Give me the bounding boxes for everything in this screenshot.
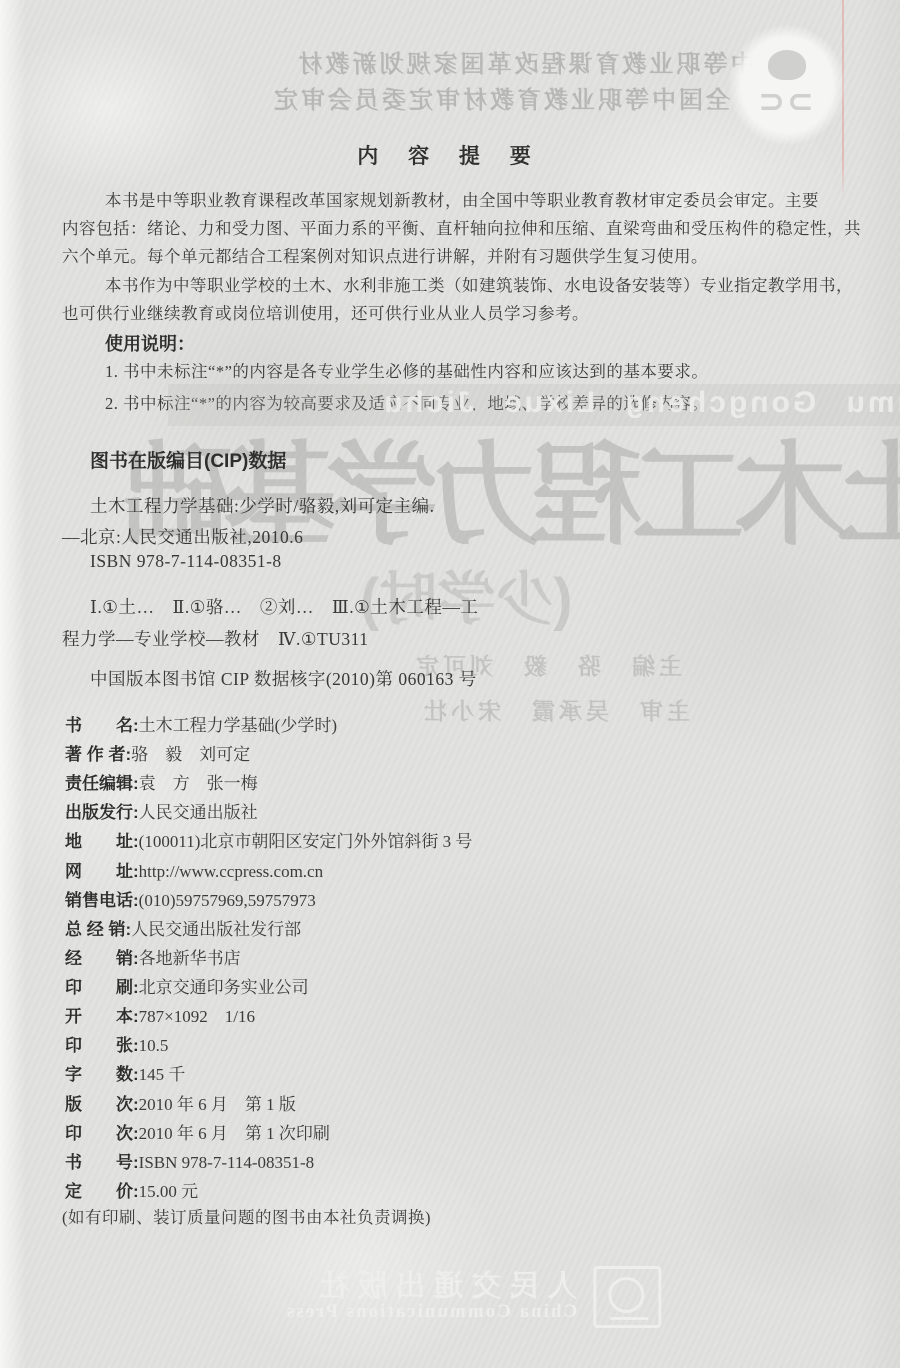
colophon-value: 骆 毅 刘可定 — [131, 745, 250, 764]
publisher-logo-bar — [610, 1317, 648, 1320]
colophon-label: 网 址: — [65, 862, 139, 881]
publisher-watermark-text: 人民交通出版社 China Communications Press — [285, 1272, 577, 1323]
colophon-value: (100011)北京市朝阳区安定门外外馆斜街 3 号 — [139, 832, 473, 851]
colophon-value: 2010 年 6 月 第 1 次印刷 — [139, 1124, 330, 1143]
colophon-row: 开 本:787×1092 1/16 — [65, 1002, 255, 1027]
summary-heading: 内 容 提 要 — [0, 140, 900, 170]
bleed-pinyin-text: Tumu Gongcheng Lixue Jichu — [175, 386, 900, 420]
cip-line: —北京:人民交通出版社,2010.6 — [62, 524, 303, 549]
colophon-row: 书 号:ISBN 978-7-114-08351-8 — [65, 1148, 314, 1173]
publisher-name-cn: 人民交通出版社 — [285, 1272, 577, 1302]
summary-line: 本书作为中等职业学校的土木、水利非施工类（如建筑装饰、水电设备安装等）专业指定教… — [105, 272, 853, 296]
colophon-row: 地 址:(100011)北京市朝阳区安定门外外馆斜街 3 号 — [65, 827, 472, 852]
colophon-label: 印 次: — [65, 1124, 139, 1143]
colophon-value: 人民交通出版社发行部 — [131, 920, 301, 939]
colophon-row: 著 作 者:骆 毅 刘可定 — [65, 740, 250, 765]
cip-class-line: 程力学—专业学校—教材 Ⅳ.①TU311 — [62, 626, 368, 651]
colophon-value: 787×1092 1/16 — [139, 1007, 255, 1026]
colophon-value: http://www.ccpress.com.cn — [139, 862, 323, 881]
colophon-value: 2010 年 6 月 第 1 版 — [139, 1095, 296, 1114]
colophon-note: (如有印刷、装订质量问题的图书由本社负责调换) — [62, 1204, 431, 1228]
colophon-row: 网 址:http://www.ccpress.com.cn — [65, 857, 323, 882]
page-left-edge — [0, 0, 26, 1368]
colophon-value: 北京交通印务实业公司 — [139, 978, 309, 997]
summary-line: 也可供行业继续教育或岗位培训使用，还可供行业从业人员学习参考。 — [62, 300, 589, 324]
summary-line: 本书是中等职业教育课程改革国家规划新教材，由全国中等职业教育教材审定委员会审定。… — [105, 187, 819, 211]
colophon-label: 字 数: — [65, 1065, 139, 1084]
publisher-name-en: China Communications Press — [285, 1302, 577, 1323]
colophon-row: 责任编辑:袁 方 张一梅 — [65, 769, 258, 794]
summary-line: 内容包括：绪论、力和受力图、平面力系的平衡、直杆轴向拉伸和压缩、直梁弯曲和受压构… — [62, 215, 861, 239]
publisher-logo-circle-icon — [608, 1277, 644, 1313]
bleed-top-line: 全国中等职业教育教材审定委员会审定 — [300, 80, 730, 115]
colophon-value: 15.00 元 — [139, 1182, 199, 1201]
colophon-row: 总 经 销:人民交通出版社发行部 — [65, 915, 301, 940]
logo-bracket-shapes: ⊃⊂ — [728, 82, 846, 120]
colophon-label: 销售电话: — [65, 891, 139, 910]
colophon-label: 经 销: — [65, 949, 139, 968]
colophon-value: ISBN 978-7-114-08351-8 — [139, 1153, 315, 1172]
colophon-label: 版 次: — [65, 1095, 139, 1114]
colophon-label: 出版发行: — [65, 803, 139, 822]
colophon-label: 著 作 者: — [65, 745, 131, 764]
colophon-row: 书 名:土木工程力学基础(少学时) — [65, 711, 337, 736]
colophon-label: 书 名: — [65, 716, 139, 735]
colophon-label: 印 张: — [65, 1036, 139, 1055]
publisher-logo-icon — [593, 1266, 661, 1328]
summary-line: 六个单元。每个单元都结合工程案例对知识点进行讲解，并附有习题供学生复习使用。 — [62, 243, 708, 267]
colophon-value: (010)59757969,59757973 — [139, 891, 316, 910]
colophon-value: 土木工程力学基础(少学时) — [139, 716, 337, 735]
colophon-row: 印 刷:北京交通印务实业公司 — [65, 973, 309, 998]
colophon-row: 版 次:2010 年 6 月 第 1 版 — [65, 1090, 296, 1115]
colophon-label: 开 本: — [65, 1007, 139, 1026]
cip-line: ISBN 978-7-114-08351-8 — [90, 551, 282, 572]
colophon-row: 字 数:145 千 — [65, 1060, 185, 1085]
colophon-row: 印 张:10.5 — [65, 1031, 168, 1056]
colophon-row: 印 次:2010 年 6 月 第 1 次印刷 — [65, 1119, 330, 1144]
page-right-edge — [860, 0, 900, 1368]
colophon-label: 责任编辑: — [65, 774, 139, 793]
colophon-label: 地 址: — [65, 832, 139, 851]
colophon-value: 145 千 — [139, 1065, 186, 1084]
scanned-copyright-page: 中等职业教育课程改革国家规划新教材 全国中等职业教育教材审定委员会审定 ⊃⊂ 内… — [0, 0, 900, 1368]
cip-heading: 图书在版编目(CIP)数据 — [90, 446, 286, 473]
publisher-oval-logo-icon: ⊃⊂ — [728, 24, 846, 146]
usage-heading: 使用说明： — [105, 330, 195, 356]
cip-class-line: Ⅰ.①土… Ⅱ.①骆… ②刘… Ⅲ.①土木工程—工 — [90, 594, 478, 619]
colophon-value: 人民交通出版社 — [139, 803, 258, 822]
cip-record: 中国版本图书馆 CIP 数据核字(2010)第 060163 号 — [90, 666, 477, 691]
bleed-top-line: 中等职业教育课程改革国家规划新教材 — [290, 44, 760, 79]
colophon-label: 总 经 销: — [65, 920, 131, 939]
bleed-editor-line: 主审 吴承霞 宋小壮 — [420, 693, 690, 726]
usage-item: 1. 书中未标注“*”的内容是各专业学生必修的基础性内容和应该达到的基本要求。 — [105, 358, 708, 382]
colophon-row: 经 销:各地新华书店 — [65, 944, 241, 969]
colophon-row: 销售电话:(010)59757969,59757973 — [65, 886, 316, 911]
colophon-label: 印 刷: — [65, 978, 139, 997]
colophon-row: 定 价:15.00 元 — [65, 1177, 198, 1202]
colophon-value: 袁 方 张一梅 — [139, 774, 258, 793]
colophon-label: 书 号: — [65, 1153, 139, 1172]
logo-blob-shape — [768, 50, 806, 80]
colophon-label: 定 价: — [65, 1182, 139, 1201]
colophon-row: 出版发行:人民交通出版社 — [65, 798, 258, 823]
publisher-watermark: 人民交通出版社 China Communications Press — [285, 1266, 661, 1328]
cip-line: 土木工程力学基础:少学时/骆毅,刘可定主编. — [90, 493, 434, 518]
colophon-value: 10.5 — [139, 1036, 169, 1055]
colophon-value: 各地新华书店 — [139, 949, 241, 968]
